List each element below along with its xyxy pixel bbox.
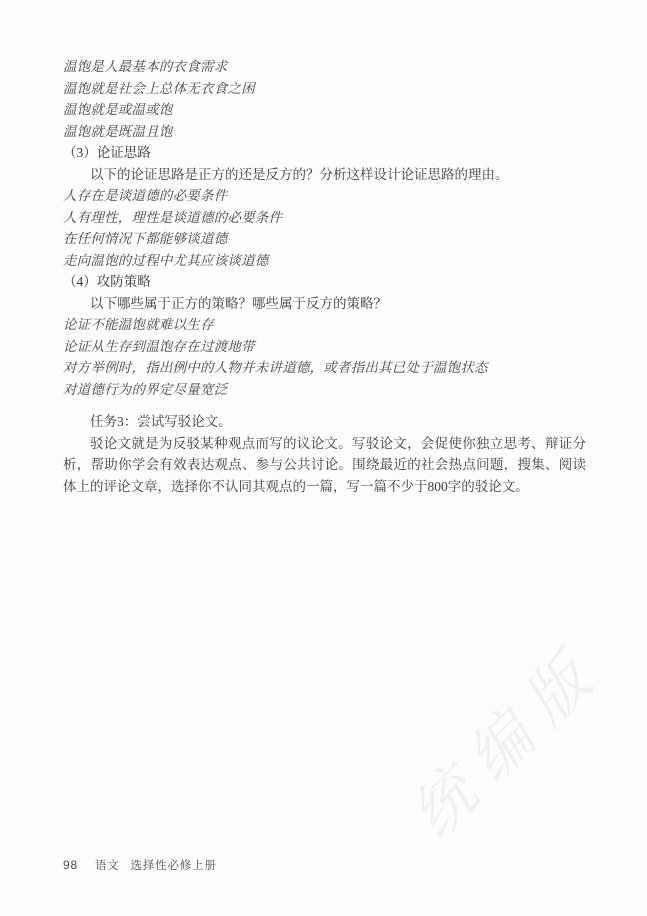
reasoning-option: 在任何情况下都能够谈道德 xyxy=(63,228,586,250)
task-3-description-line: 析，帮助你学会有效表达观点、参与公共讨论。围绕最近的社会热点问题，搜集、阅读媒 xyxy=(63,454,586,476)
textbook-page: 温饱是人最基本的衣食需求 温饱就是社会上总体无衣食之困 温饱就是或温或饱 温饱就… xyxy=(0,0,647,916)
definition-option: 温饱是人最基本的衣食需求 xyxy=(63,56,586,78)
page-footer: 98语文选择性必修上册 xyxy=(63,857,217,873)
task-3-description: 驳论文就是为反驳某种观点而写的议论文。写驳论文，会促使你独立思考、辩证分 析，帮… xyxy=(63,433,586,498)
strategy-option: 论证不能温饱就难以生存 xyxy=(63,314,586,336)
task-3-description-line: 体上的评论文章，选择你不认同其观点的一篇，写一篇不少于800字的驳论文。 xyxy=(63,476,586,498)
strategy-option: 对方举例时，指出例中的人物并未讲道德，或者指出其已处于温饱状态 xyxy=(63,357,586,379)
strategy-question: 以下哪些属于正方的策略？哪些属于反方的策略？ xyxy=(63,293,586,315)
argument-path-question: 以下的论证思路是正方的还是反方的？分析这样设计论证思路的理由。 xyxy=(63,164,586,186)
reasoning-option: 走向温饱的过程中尤其应该谈道德 xyxy=(63,250,586,272)
footer-volume: 选择性必修上册 xyxy=(131,860,217,872)
task-3-description-line: 驳论文就是为反驳某种观点而写的议论文。写驳论文，会促使你独立思考、辩证分 xyxy=(63,433,586,455)
definition-option: 温饱就是既温且饱 xyxy=(63,121,586,143)
strategy-options-group: 论证不能温饱就难以生存 论证从生存到温饱存在过渡地带 对方举例时，指出例中的人物… xyxy=(63,314,586,400)
task-3-title: 任务3：尝试写驳论文。 xyxy=(63,411,586,433)
strategy-option: 对道德行为的界定尽量宽泛 xyxy=(63,379,586,401)
definition-option: 温饱就是社会上总体无衣食之困 xyxy=(63,78,586,100)
reasoning-option: 人存在是谈道德的必要条件 xyxy=(63,185,586,207)
page-content: 温饱是人最基本的衣食需求 温饱就是社会上总体无衣食之困 温饱就是或温或饱 温饱就… xyxy=(63,56,586,497)
page-number: 98 xyxy=(63,858,78,872)
definition-options-group: 温饱是人最基本的衣食需求 温饱就是社会上总体无衣食之困 温饱就是或温或饱 温饱就… xyxy=(63,56,586,142)
strategy-option: 论证从生存到温饱存在过渡地带 xyxy=(63,336,586,358)
reasoning-options-group: 人存在是谈道德的必要条件 人有理性，理性是谈道德的必要条件 在任何情况下都能够谈… xyxy=(63,185,586,271)
edition-watermark: 统编版 xyxy=(374,621,619,866)
definition-option: 温饱就是或温或饱 xyxy=(63,99,586,121)
footer-subject: 语文 xyxy=(95,860,120,872)
section-heading-argument-path: （3）论证思路 xyxy=(63,142,586,164)
reasoning-option: 人有理性，理性是谈道德的必要条件 xyxy=(63,207,586,229)
section-heading-strategy: （4）攻防策略 xyxy=(63,271,586,293)
